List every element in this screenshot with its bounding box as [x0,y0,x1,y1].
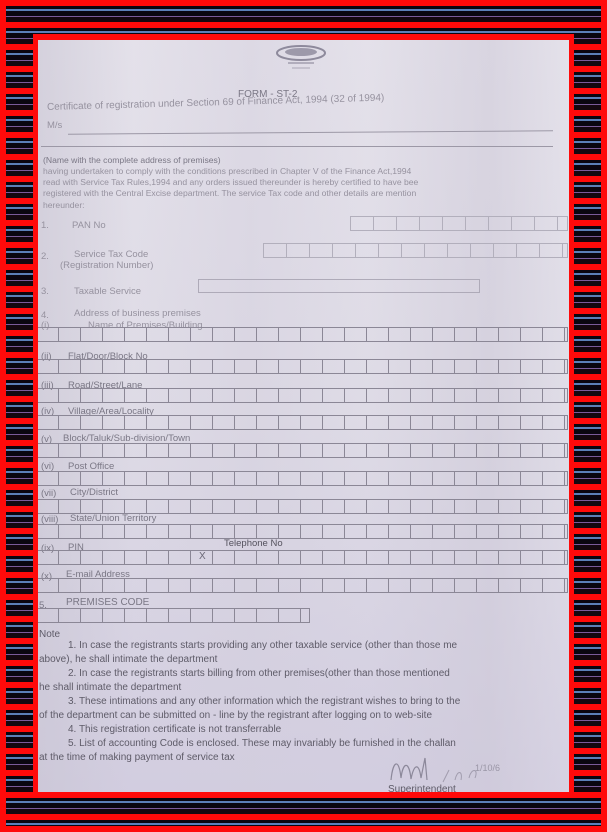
city-district-grid[interactable] [38,499,568,514]
service-tax-code-grid[interactable] [263,243,568,258]
pin-telephone-grid[interactable] [38,550,568,565]
field-number: 2. [41,251,49,262]
premises-name-grid[interactable] [38,327,568,342]
premises-code-grid[interactable] [38,608,310,623]
note-item: 3. These intimations and any other infor… [68,696,460,707]
intro-line: having undertaken to comply with the con… [43,166,411,176]
form-st2-document: FORM - ST-2 Certificate of registration … [38,40,569,792]
address-subfield-number: (vii) [41,488,56,499]
block-taluk-grid[interactable] [38,443,568,458]
intro-line: hereunder: [43,200,85,210]
note-item: 2. In case the registrants starts billin… [68,668,450,679]
note-item-continued: at the time of making payment of service… [39,752,235,763]
note-item: 5. List of accounting Code is enclosed. … [68,738,456,749]
pan-label: PAN No [72,220,106,231]
note-item-continued: of the department can be submitted on - … [39,710,432,721]
note-heading: Note [39,629,60,640]
state-ut-label: State/Union Territory [70,513,156,524]
telephone-label: Telephone No [224,538,283,549]
note-item: 1. In case the registrants starts provid… [68,640,457,651]
taxable-service-input[interactable] [198,279,480,293]
government-emblem-icon [266,42,336,76]
addressee-prefix: M/s [47,120,62,131]
premises-code-label: PREMISES CODE [66,597,149,608]
certificate-title: Certificate of registration under Sectio… [47,93,385,113]
email-grid[interactable] [38,578,568,593]
field-number: 3. [41,286,49,297]
state-ut-grid[interactable] [38,524,568,539]
intro-line: registered with the Central Excise depar… [43,188,416,198]
grid-cross-mark: X [199,551,206,562]
address-line [41,146,553,147]
signatory-title: Superintendent [388,784,456,792]
registration-number-sublabel: (Registration Number) [60,260,153,271]
service-tax-code-label: Service Tax Code [74,249,148,260]
taxable-service-label: Taxable Service [74,286,141,297]
note-item-continued: above), he shall intimate the department [39,654,217,665]
pan-input-grid[interactable] [350,216,568,231]
village-area-grid[interactable] [38,415,568,430]
note-item: 4. This registration certificate is not … [68,724,281,735]
note-item-continued: he shall intimate the department [39,682,181,693]
name-address-caption: (Name with the complete address of premi… [43,155,221,165]
addressee-line [68,130,553,134]
city-district-label: City/District [70,487,118,498]
post-office-grid[interactable] [38,471,568,486]
road-street-grid[interactable] [38,388,568,403]
signature-date-mark: 1/10/6 [475,763,500,773]
field-number: 1. [41,220,49,231]
intro-line: read with Service Tax Rules,1994 and any… [43,177,418,187]
business-address-label: Address of business premises [74,308,201,319]
flat-door-grid[interactable] [38,359,568,374]
